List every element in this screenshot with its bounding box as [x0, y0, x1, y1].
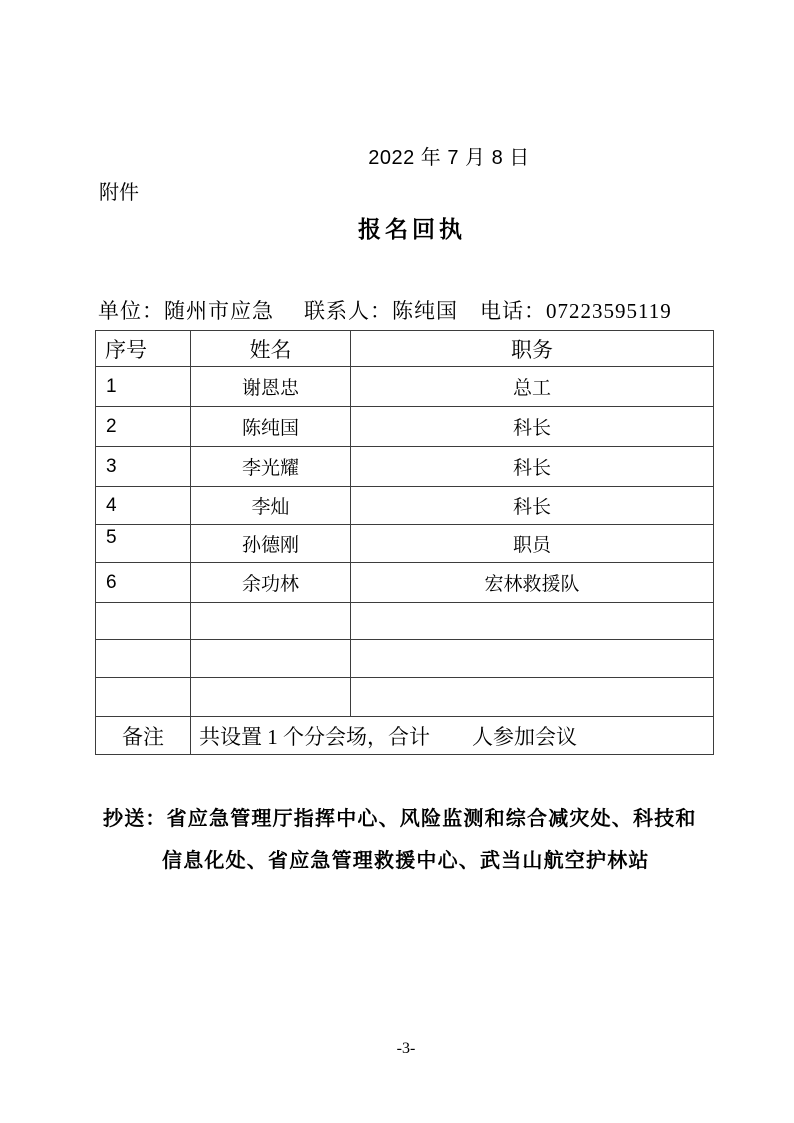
cell-no — [96, 640, 191, 678]
cell-name: 李光耀 — [191, 447, 351, 487]
table-row: 4 李灿 科长 — [96, 487, 714, 525]
table-row-empty — [96, 678, 714, 717]
cell-position — [351, 640, 714, 678]
cell-no: 5 — [96, 525, 191, 563]
remark-text: 共设置 1 个分会场，合计 人参加会议 — [191, 717, 714, 755]
page-number: -3- — [0, 1040, 794, 1058]
remark-label: 备注 — [96, 717, 191, 755]
table-row-empty — [96, 640, 714, 678]
cell-position: 宏林救援队 — [351, 563, 714, 603]
cell-position: 科长 — [351, 487, 714, 525]
table-row: 3 李光耀 科长 — [96, 447, 714, 487]
cell-name: 孙德刚 — [191, 525, 351, 563]
unit-field: 单位：随州市应急 — [98, 299, 274, 323]
cell-name: 谢恩忠 — [191, 367, 351, 407]
contact-person-field: 联系人：陈纯国 — [304, 299, 458, 323]
cell-name: 李灿 — [191, 487, 351, 525]
cell-no: 1 — [96, 367, 191, 407]
col-header-position: 职务 — [351, 331, 714, 367]
cell-no: 3 — [96, 447, 191, 487]
cell-position: 科长 — [351, 447, 714, 487]
cell-position — [351, 603, 714, 640]
cell-position: 科长 — [351, 407, 714, 447]
table-row: 5 孙德刚 职员 — [96, 525, 714, 563]
cell-name — [191, 678, 351, 717]
cell-name — [191, 603, 351, 640]
table-header-row: 序号 姓名 职务 — [96, 331, 714, 367]
cell-no — [96, 678, 191, 717]
cell-no: 4 — [96, 487, 191, 525]
cell-no: 2 — [96, 407, 191, 447]
table-row: 6 余功林 宏林救援队 — [96, 563, 714, 603]
registration-table: 序号 姓名 职务 1 谢恩忠 总工 2 陈纯国 科长 3 李光耀 科长 4 李灿 — [95, 330, 714, 755]
table-row: 2 陈纯国 科长 — [96, 407, 714, 447]
cell-position — [351, 678, 714, 717]
doc-title: 报名回执 — [0, 211, 794, 244]
cell-no — [96, 603, 191, 640]
document-date: 2022 年 7 月 8 日 — [0, 141, 794, 170]
cc-line-2: 信息化处、省应急管理救援中心、武当山航空护林站 — [162, 844, 650, 873]
col-header-name: 姓名 — [191, 331, 351, 367]
cell-name — [191, 640, 351, 678]
cell-name: 陈纯国 — [191, 407, 351, 447]
cell-name: 余功林 — [191, 563, 351, 603]
table-row-empty — [96, 603, 714, 640]
table-row: 1 谢恩忠 总工 — [96, 367, 714, 407]
cell-position: 职员 — [351, 525, 714, 563]
document-page: 2022 年 7 月 8 日 附件 报名回执 单位：随州市应急联系人：陈纯国电话… — [0, 0, 794, 1123]
remark-row: 备注 共设置 1 个分会场，合计 人参加会议 — [96, 717, 714, 755]
cell-no: 6 — [96, 563, 191, 603]
col-header-seq: 序号 — [96, 331, 191, 367]
contact-line: 单位：随州市应急联系人：陈纯国电话：07223595119 — [98, 295, 672, 325]
attachment-label: 附件 — [99, 176, 139, 205]
phone-field: 电话：07223595119 — [480, 299, 672, 323]
cc-line-1: 抄送：省应急管理厅指挥中心、风险监测和综合减灾处、科技和 — [103, 802, 697, 831]
cell-position: 总工 — [351, 367, 714, 407]
